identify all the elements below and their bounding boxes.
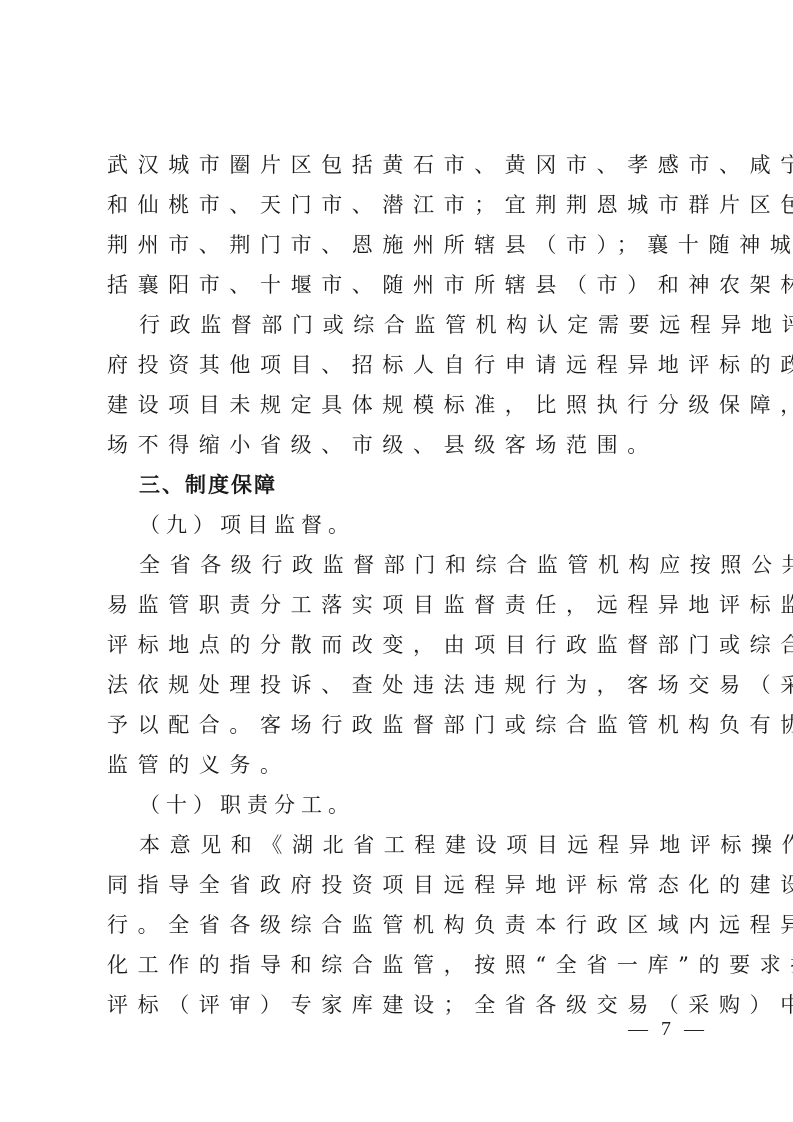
text-line: 武汉城市圈片区包括黄石市、黄冈市、孝感市、咸宁市所辖县(市) [107,145,692,185]
text-line: 和仙桃市、天门市、潜江市；宜荆荆恩城市群片区包括宜昌市、 [107,185,692,225]
text-line: 予以配合。客场行政监督部门或综合监管机构负有协助项目事中 [107,705,692,745]
section-heading: 三、制度保障 [107,465,692,505]
text-line: 监管的义务。 [107,745,692,785]
text-line: 评标（评审）专家库建设；全省各级交易（采购）中心负责本地 [107,985,692,1025]
text-line: 行。全省各级综合监管机构负责本行政区域内远程异地评标常态 [107,905,692,945]
document-page: 武汉城市圈片区包括黄石市、黄冈市、孝感市、咸宁市所辖县(市) 和仙桃市、天门市、… [107,145,692,1025]
text-line: 全省各级行政监督部门和综合监管机构应按照公共资源交 [107,545,692,585]
subsection-heading: （十）职责分工。 [107,785,692,825]
text-line: 行政监督部门或综合监管机构认定需要远程异地评标的政 [107,305,692,345]
text-line: 府投资其他项目、招标人自行申请远程异地评标的政府投资工程 [107,345,692,385]
subsection-heading: （九）项目监督。 [107,505,692,545]
text-line: 场不得缩小省级、市级、县级客场范围。 [107,425,692,465]
text-line: 括襄阳市、十堰市、随州市所辖县（市）和神农架林区。 [107,265,692,305]
text-line: 荆州市、荆门市、恩施州所辖县（市）；襄十随神城市群片区包 [107,225,692,265]
text-line: 本意见和《湖北省工程建设项目远程异地评标操作规程》共 [107,825,692,865]
text-line: 评标地点的分散而改变，由项目行政监督部门或综合监管机构依 [107,625,692,665]
text-line: 易监管职责分工落实项目监督责任，远程异地评标监督责任不因 [107,585,692,625]
text-line: 同指导全省政府投资项目远程异地评标常态化的建设、管理和运 [107,865,692,905]
page-number: — 7 — [628,1018,708,1041]
text-line: 化工作的指导和综合监管，按照“全省一库”的要求推进省综合 [107,945,692,985]
text-line: 建设项目未规定具体规模标准，比照执行分级保障，随机分配客 [107,385,692,425]
text-line: 法依规处理投诉、查处违法违规行为，客场交易（采购）中心应 [107,665,692,705]
